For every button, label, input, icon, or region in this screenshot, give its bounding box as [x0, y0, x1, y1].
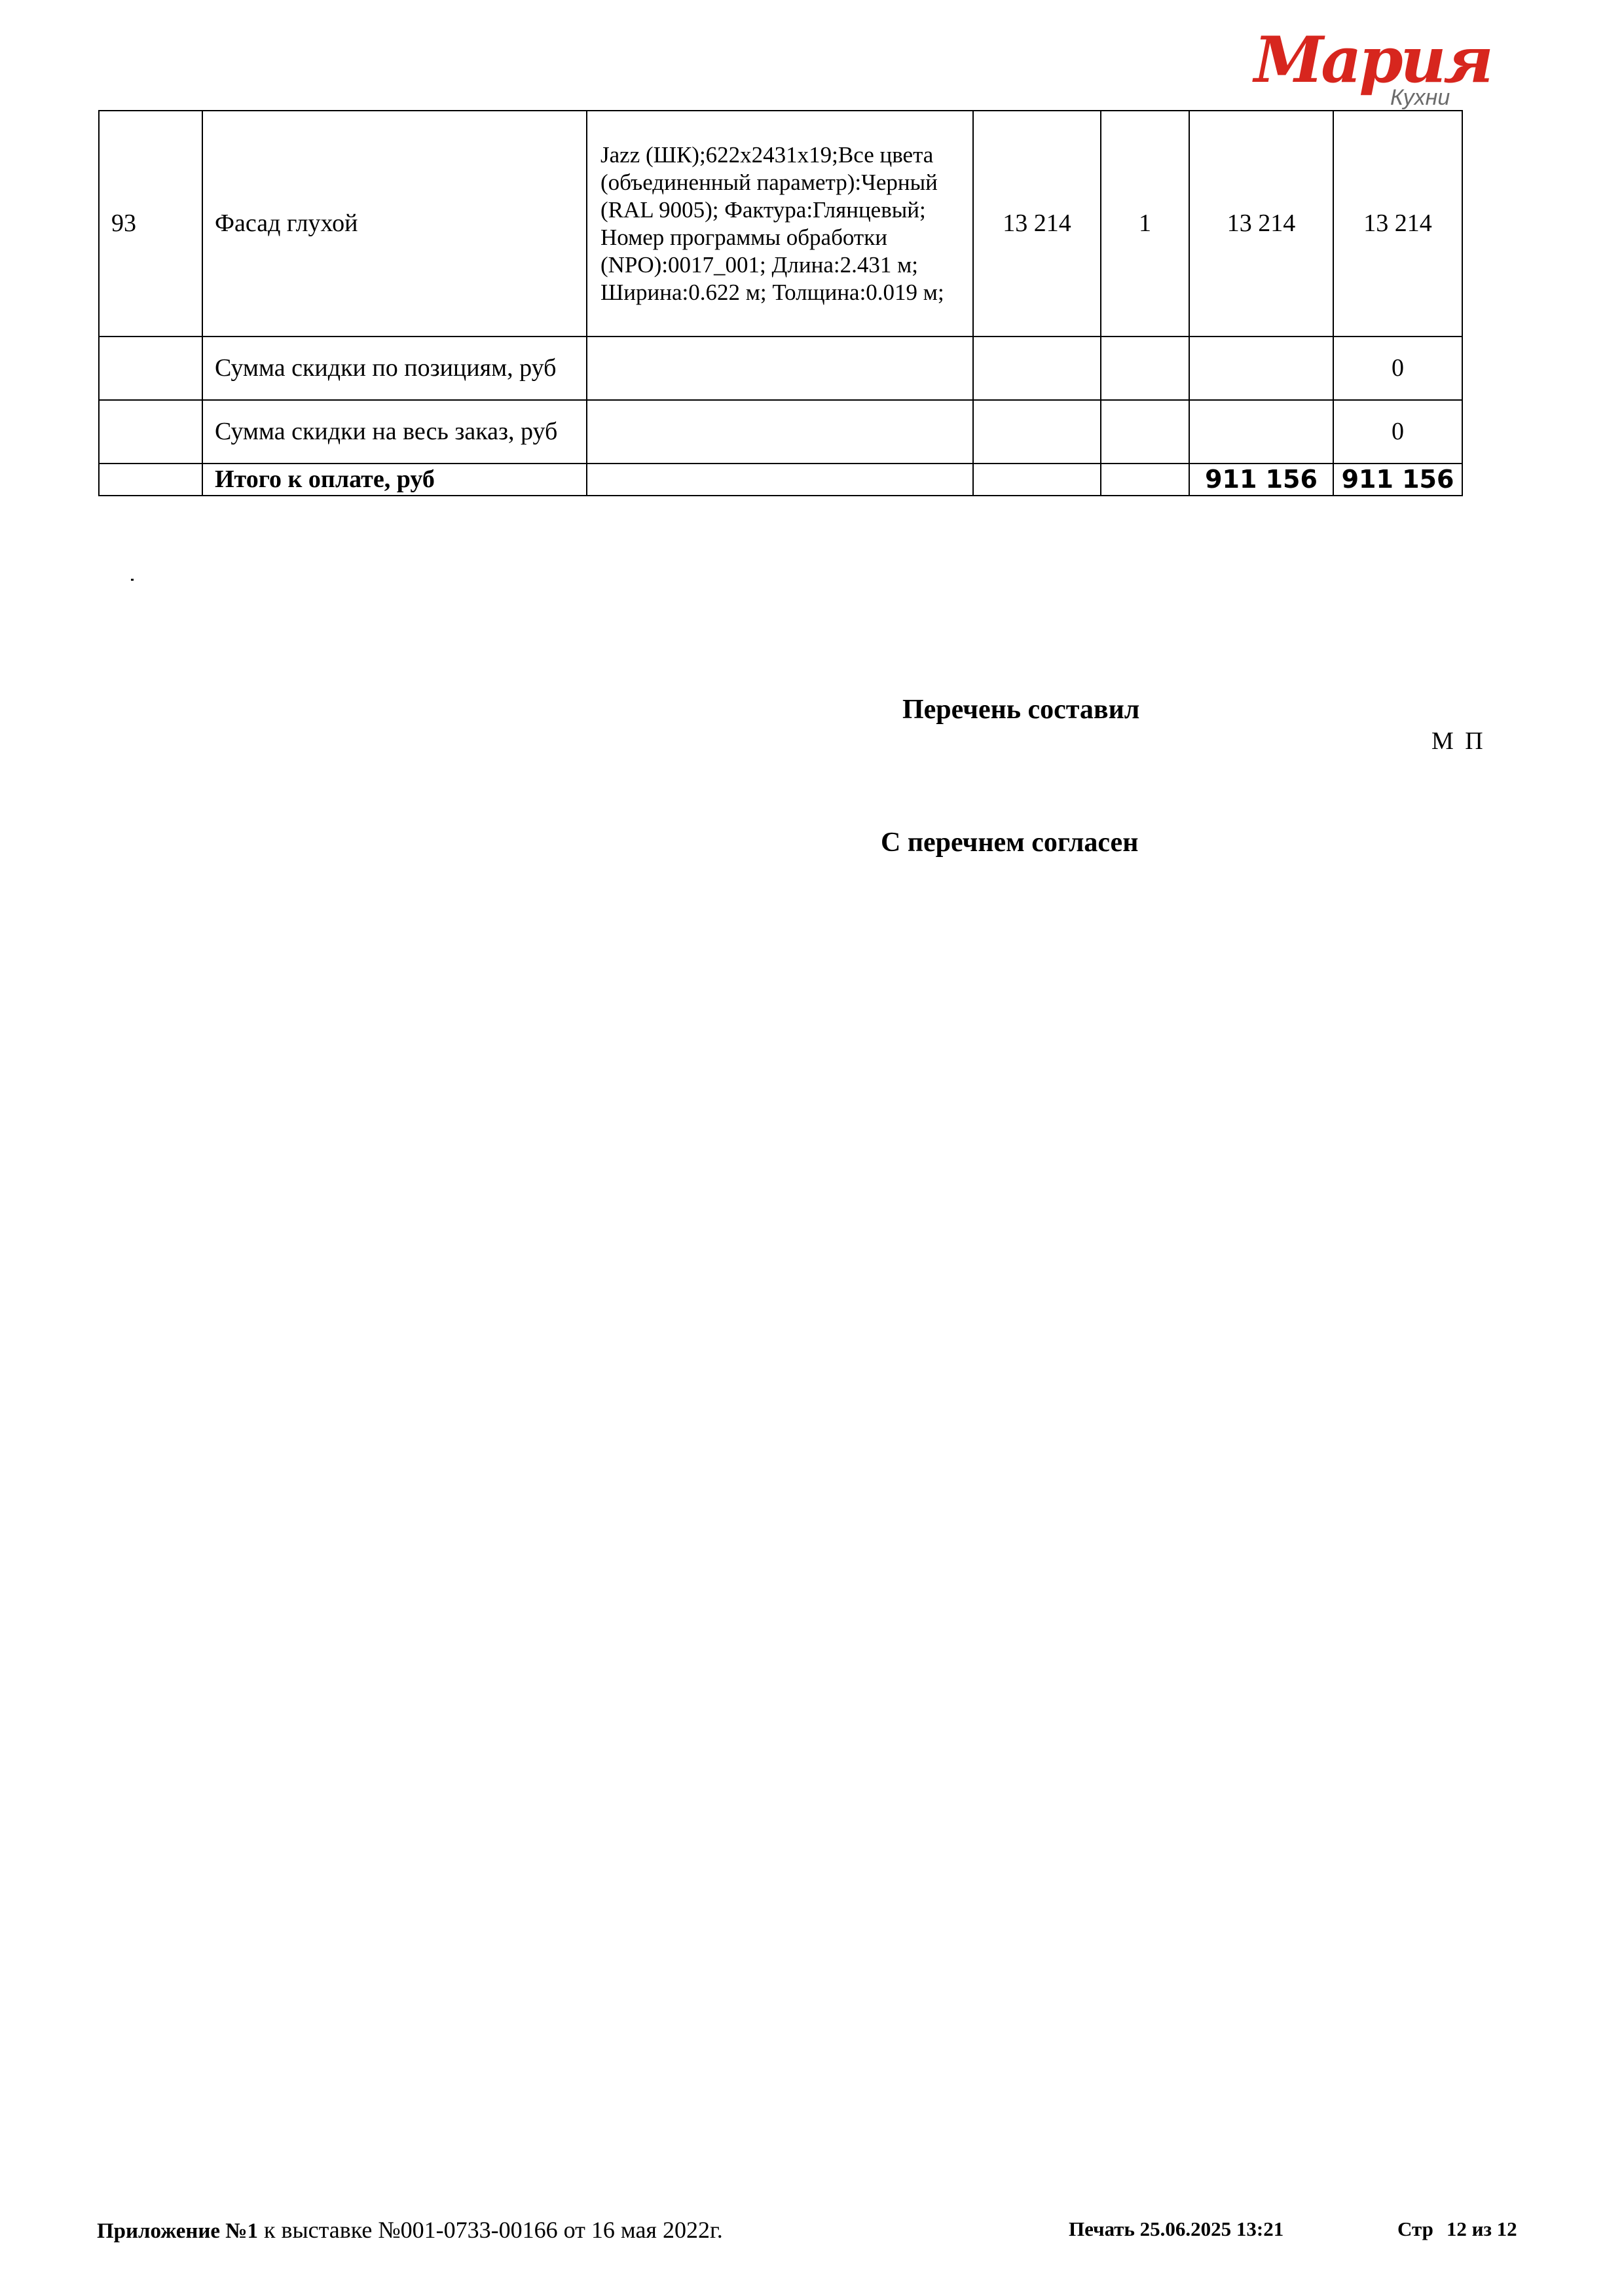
items-table: 93 Фасад глухой Jazz (ШК);622x2431x19;Вс…	[98, 110, 1463, 496]
item-description: Jazz (ШК);622x2431x19;Все цвета (объедин…	[587, 111, 973, 337]
grand-total-label: Итого к оплате, руб	[202, 464, 587, 496]
discount-positions-label: Сумма скидки по позициям, руб	[202, 337, 587, 400]
item-name: Фасад глухой	[202, 111, 587, 337]
footer-appendix-bold: Приложение №1	[97, 2219, 258, 2243]
stray-dot-mark	[131, 579, 134, 581]
grand-total-value: 911 156	[1333, 464, 1462, 496]
stamp-place-label: М П	[1431, 727, 1486, 756]
empty-cell	[99, 337, 202, 400]
discount-positions-row: Сумма скидки по позициям, руб 0	[99, 337, 1462, 400]
empty-cell	[1101, 400, 1189, 464]
discount-order-label: Сумма скидки на весь заказ, руб	[202, 400, 587, 464]
empty-cell	[1189, 337, 1333, 400]
empty-cell	[587, 464, 973, 496]
discount-positions-value: 0	[1333, 337, 1462, 400]
footer-appendix-rest: к выставке №001-0733-00166 от 16 мая 202…	[258, 2217, 723, 2243]
footer-page-label: Стр	[1397, 2217, 1433, 2240]
footer-page-number: Стр12 из 12	[1397, 2217, 1517, 2241]
empty-cell	[1101, 464, 1189, 496]
item-price: 13 214	[973, 111, 1101, 337]
item-total: 13 214	[1333, 111, 1462, 337]
item-quantity: 1	[1101, 111, 1189, 337]
company-logo: Мария ® Кухни	[1247, 41, 1522, 113]
empty-cell	[973, 400, 1101, 464]
grand-total-row: Итого к оплате, руб 911 156 911 156	[99, 464, 1462, 496]
empty-cell	[1101, 337, 1189, 400]
empty-cell	[973, 464, 1101, 496]
empty-cell	[973, 337, 1101, 400]
empty-cell	[587, 400, 973, 464]
footer-page-value: 12 из 12	[1447, 2217, 1517, 2240]
compiled-by-label: Перечень составил	[902, 694, 1139, 725]
footer-appendix: Приложение №1 к выставке №001-0733-00166…	[97, 2216, 723, 2244]
logo-brand: Мария	[1254, 29, 1491, 92]
empty-cell	[99, 400, 202, 464]
empty-cell	[587, 337, 973, 400]
table-row: 93 Фасад глухой Jazz (ШК);622x2431x19;Вс…	[99, 111, 1462, 337]
logo-subtitle: Кухни	[1390, 85, 1450, 111]
discount-order-value: 0	[1333, 400, 1462, 464]
item-sum: 13 214	[1189, 111, 1333, 337]
grand-total-sum: 911 156	[1189, 464, 1333, 496]
discount-order-row: Сумма скидки на весь заказ, руб 0	[99, 400, 1462, 464]
agreed-label: С перечнем согласен	[881, 827, 1138, 858]
empty-cell	[1189, 400, 1333, 464]
registered-mark: ®	[1308, 47, 1316, 59]
empty-cell	[99, 464, 202, 496]
item-number: 93	[99, 111, 202, 337]
footer-print-date: Печать 25.06.2025 13:21	[1069, 2217, 1283, 2241]
